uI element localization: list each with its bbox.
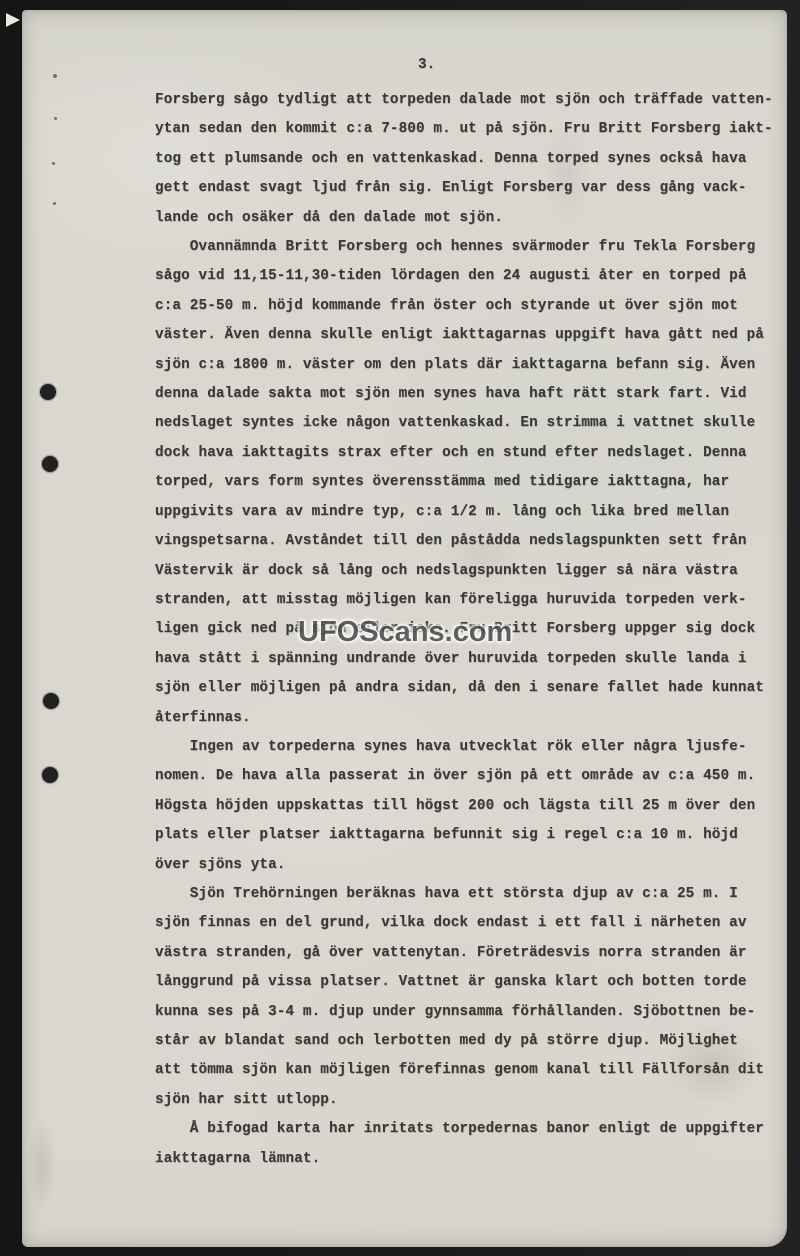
text-line: nomen. De hava alla passerat in över sjö… <box>155 762 780 791</box>
punch-hole <box>42 456 58 472</box>
text-line: uppgivits vara av mindre typ, c:a 1/2 m.… <box>155 498 780 527</box>
text-line: vingspetsarna. Avståndet till den påståd… <box>155 527 780 556</box>
text-line: lande och osäker då den dalade mot sjön. <box>155 204 780 233</box>
text-line: Å bifogad karta har inritats torpedernas… <box>155 1115 780 1144</box>
text-line: Ingen av torpederna synes hava utvecklat… <box>155 733 780 762</box>
ink-speck <box>53 74 57 78</box>
watermark: UFOScans.com <box>298 616 512 649</box>
paper-corner-fold <box>6 13 20 27</box>
text-line: Forsberg sågo tydligt att torpeden dalad… <box>155 86 780 115</box>
text-line: sågo vid 11,15-11,30-tiden lördagen den … <box>155 262 780 291</box>
text-line: hava stått i spänning undrande över huru… <box>155 645 780 674</box>
text-line: kunna ses på 3-4 m. djup under gynnsamma… <box>155 998 780 1027</box>
ink-speck <box>52 162 55 165</box>
text-line: över sjöns yta. <box>155 851 780 880</box>
text-line: torped, vars form syntes överensstämma m… <box>155 468 780 497</box>
text-line: sjön finnas en del grund, vilka dock end… <box>155 909 780 938</box>
page-number: 3. <box>418 51 435 80</box>
scan-backdrop: 3. Forsberg sågo tydligt att torpeden da… <box>0 0 800 1256</box>
text-line: sjön c:a 1800 m. väster om den plats där… <box>155 351 780 380</box>
text-line: denna dalade sakta mot sjön men synes ha… <box>155 380 780 409</box>
text-line: tog ett plumsande och en vattenkaskad. D… <box>155 145 780 174</box>
ink-speck <box>53 202 56 205</box>
text-line: Högsta höjden uppskattas till högst 200 … <box>155 792 780 821</box>
text-line: att tömma sjön kan möjligen förefinnas g… <box>155 1056 780 1085</box>
text-line: stranden, att misstag möjligen kan förel… <box>155 586 780 615</box>
text-line: väster. Även denna skulle enligt iakttag… <box>155 321 780 350</box>
text-line: Västervik är dock så lång och nedslagspu… <box>155 557 780 586</box>
text-line: sjön har sitt utlopp. <box>155 1086 780 1115</box>
paper-stain <box>22 1100 62 1230</box>
text-line: återfinnas. <box>155 704 780 733</box>
text-line: ytan sedan den kommit c:a 7-800 m. ut på… <box>155 115 780 144</box>
text-line: Ovannämnda Britt Forsberg och hennes svä… <box>155 233 780 262</box>
text-line: plats eller platser iakttagarna befunnit… <box>155 821 780 850</box>
text-line: nedslaget syntes icke någon vattenkaskad… <box>155 409 780 438</box>
text-line: västra stranden, gå över vattenytan. För… <box>155 939 780 968</box>
text-line: gett endast svagt ljud från sig. Enligt … <box>155 174 780 203</box>
text-line: c:a 25-50 m. höjd kommande från öster oc… <box>155 292 780 321</box>
text-line: står av blandat sand och lerbotten med d… <box>155 1027 780 1056</box>
punch-hole <box>42 767 58 783</box>
text-line: Sjön Trehörningen beräknas hava ett stör… <box>155 880 780 909</box>
text-line: iakttagarna lämnat. <box>155 1145 780 1174</box>
punch-hole <box>43 693 59 709</box>
text-line: långgrund på vissa platser. Vattnet är g… <box>155 968 780 997</box>
paper: 3. Forsberg sågo tydligt att torpeden da… <box>22 10 787 1247</box>
punch-hole <box>40 384 56 400</box>
ink-speck <box>54 117 57 120</box>
text-line: sjön eller möjligen på andra sidan, då d… <box>155 674 780 703</box>
text-line: dock hava iakttagits strax efter och en … <box>155 439 780 468</box>
